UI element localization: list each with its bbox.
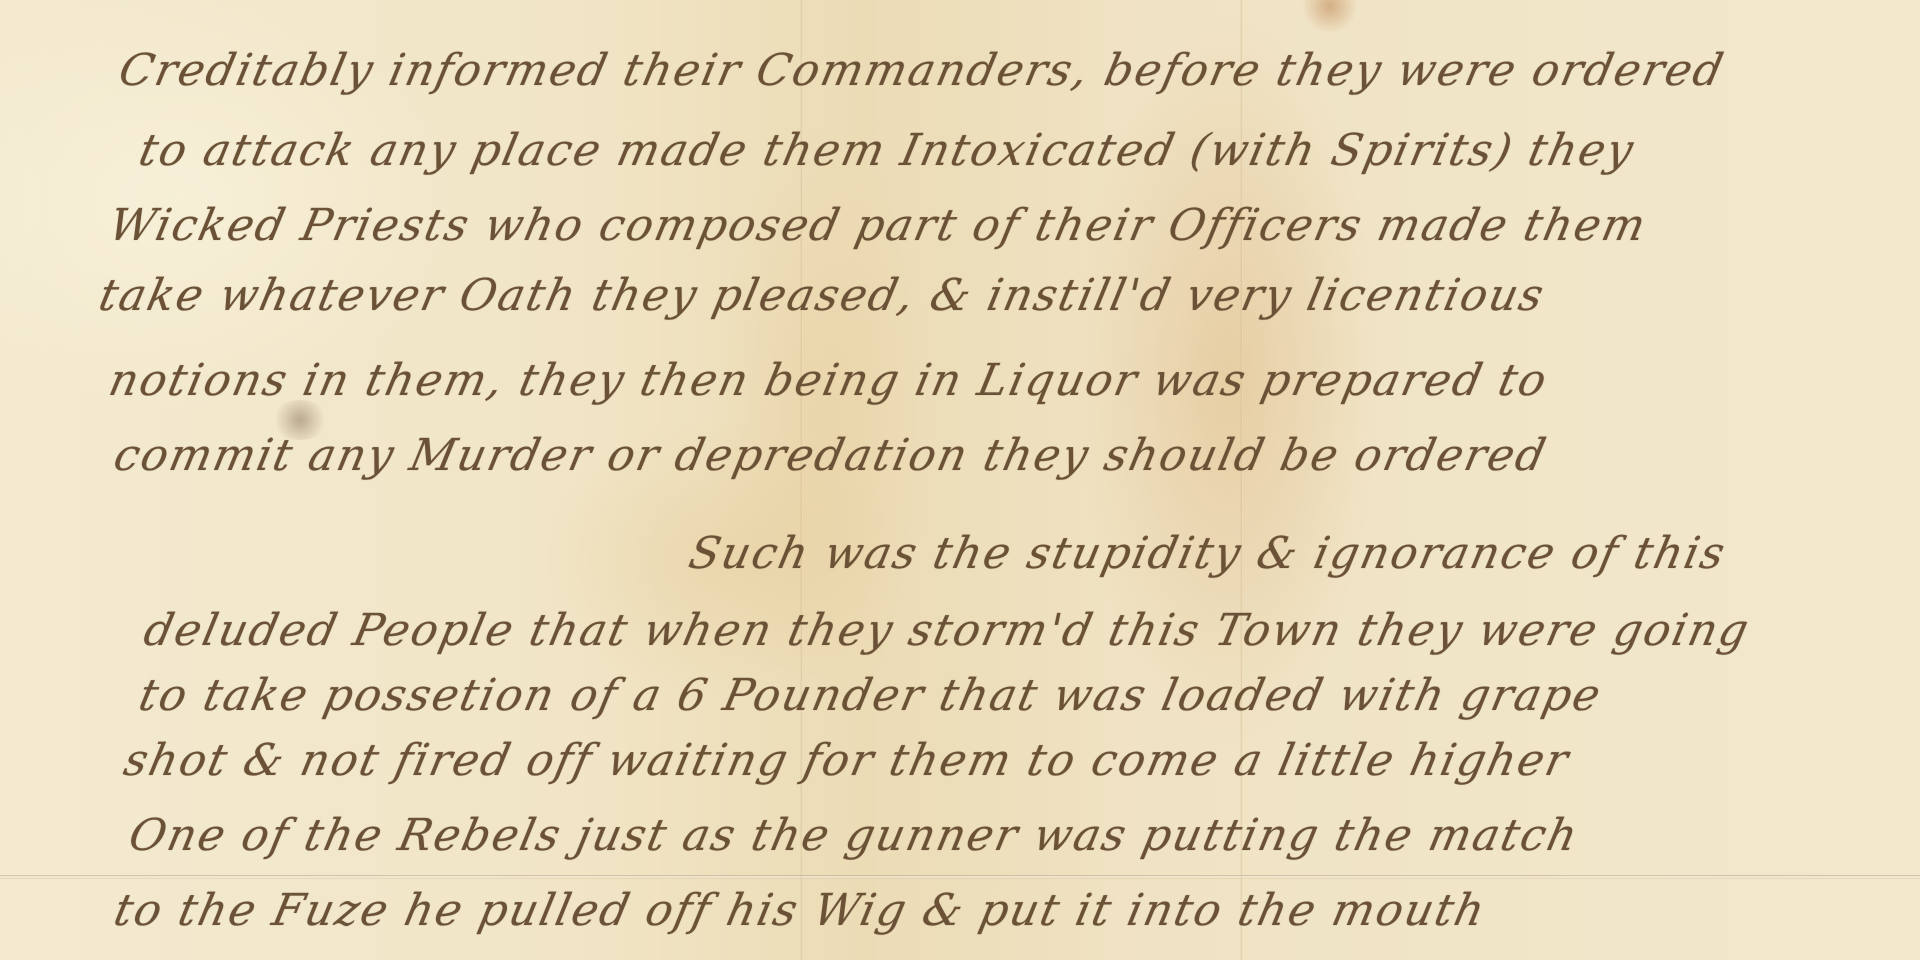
manuscript-line-4: take whatever Oath they pleased, & insti…: [95, 270, 1550, 321]
manuscript-line-12: to the Fuze he pulled off his Wig & put …: [110, 885, 1491, 936]
letter-page: Creditably informed their Commanders, be…: [0, 0, 1920, 960]
manuscript-line-1: Creditably informed their Commanders, be…: [115, 45, 1730, 96]
manuscript-line-2: to attack any place made them Intoxicate…: [135, 125, 1640, 176]
manuscript-line-8: deluded People that when they storm'd th…: [140, 605, 1755, 656]
manuscript-line-10: shot & not fired off waiting for them to…: [120, 735, 1575, 786]
manuscript-line-6: commit any Murder or depredation they sh…: [110, 430, 1552, 481]
manuscript-line-7: Such was the stupidity & ignorance of th…: [685, 528, 1731, 579]
manuscript-line-3: Wicked Priests who composed part of thei…: [105, 200, 1652, 251]
manuscript-line-11: One of the Rebels just as the gunner was…: [125, 810, 1584, 861]
manuscript-line-5: notions in them, they then being in Liqu…: [105, 355, 1553, 406]
horizontal-fold-crease: [0, 875, 1920, 879]
manuscript-line-9: to take possetion of a 6 Pounder that wa…: [135, 670, 1607, 721]
